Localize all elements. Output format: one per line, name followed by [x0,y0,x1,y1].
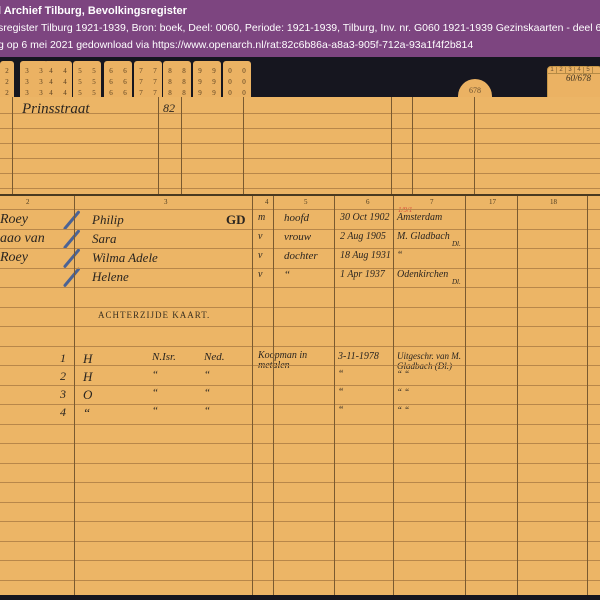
tab-digits: 555 [78,67,82,101]
birthplace-cell: “ [397,250,403,261]
relation-cell: “ [284,269,290,281]
blue-check-mark [63,210,81,230]
ruled-line [0,580,600,581]
right-index-tab: 12345 60/678 [547,66,600,101]
tab-digit: 8 [168,67,172,75]
tab-digits: 000 [242,67,246,101]
given-name-cell: Wilma Adele [92,250,158,266]
ruled-line [0,229,600,230]
column-rule [587,196,588,595]
tab-digit: 6 [109,67,113,75]
section-divider [0,194,600,196]
tab-digits: 999 [198,67,202,101]
relation-code: O [83,387,92,403]
colnum-4: 4 [265,198,269,206]
tab-digits: 666 [123,67,127,101]
ruled-line [0,424,600,425]
index-tab: 000000 [223,61,251,101]
scan-image: 2223333334444445555556666667777778888889… [0,57,600,600]
occupation-cell: Koopman in metalen [258,351,333,371]
back-side-label: ACHTERZIJDE KAART. [98,310,210,320]
row-number: 4 [60,405,66,420]
column-rule [393,196,394,595]
religion-cell: “ [152,369,158,381]
ruled-line [0,463,600,464]
date-cell: “ [338,405,344,416]
ruled-line [0,326,600,327]
registration-place-cell: “ “ [397,387,409,397]
colnum-6: 6 [366,198,370,206]
tab-digit: 9 [212,78,216,86]
annotation: 1/9/1 [398,206,412,214]
ruled-line [0,143,600,144]
relation-code: H [83,369,92,385]
tab-digit: 4 [63,89,67,97]
tab-digit: 0 [228,89,232,97]
tab-digit: 9 [212,67,216,75]
ruled-line [0,346,600,347]
archive-header: l Archief Tilburg, Bevolkingsregister sr… [0,0,600,57]
column-rule [243,97,244,194]
birth-date-cell: 18 Aug 1931 [340,250,391,261]
column-rule [273,196,274,595]
tab-digit: 7 [139,89,143,97]
tab-digit: 4 [49,78,53,86]
tab-digit: 3 [25,78,29,86]
tab-digit: 0 [242,67,246,75]
ruled-line [0,158,600,159]
column-rule [252,196,253,595]
column-rule [12,97,13,194]
birthplace-cell: Odenkirchen [397,269,448,280]
index-tab: 555555 [73,61,101,101]
tab-digits: 888 [182,67,186,101]
column-rule [158,97,159,194]
date-cell: “ [338,369,344,380]
colnum-7: 7 [430,198,434,206]
tab-digit: 7 [153,78,157,86]
mini-number: 1 [548,67,557,73]
column-rule [474,97,475,194]
sex-cell: v [258,269,262,280]
sex-cell: v [258,250,262,261]
row-number: 1 [60,351,66,366]
gd-stamp: GD [226,212,246,228]
ruled-line [0,287,600,288]
tab-digit: 0 [228,67,232,75]
given-name-cell: Philip [92,212,124,228]
tab-digit: 5 [92,67,96,75]
tab-digit: 0 [242,89,246,97]
surname-cell: aao van [0,231,45,247]
tab-digits: 888 [168,67,172,101]
tab-digit: 6 [123,89,127,97]
tab-digit: 3 [39,78,43,86]
tab-digit: 5 [78,89,82,97]
ruled-line [0,443,600,444]
ruled-line [0,209,600,210]
tab-digit: 2 [5,78,9,86]
column-rule [334,196,335,595]
tab-digit: 8 [168,89,172,97]
tab-digit: 8 [182,89,186,97]
date-cell: “ [338,387,344,398]
tab-digit: 4 [49,67,53,75]
ruled-line [0,188,600,189]
family-card: Prinsstraat 82 2 3 4 5 6 7 17 18 GD Roey… [0,97,600,595]
annotation: Dl. [452,278,461,286]
tab-digits: 444 [63,67,67,101]
religion-cell: N.Isr. [152,351,176,363]
relation-cell: hoofd [284,212,309,224]
tab-digit: 9 [198,89,202,97]
tab-digits: 333 [25,67,29,101]
ruled-line [0,482,600,483]
nationality-cell: “ [204,369,210,381]
tab-digit: 7 [139,78,143,86]
sex-cell: v [258,231,262,242]
date-cell: 3-11-1978 [338,351,379,362]
tab-digit: 2 [5,67,9,75]
tab-digits: 555 [92,67,96,101]
archive-title: l Archief Tilburg, Bevolkingsregister [0,3,600,20]
ruled-line [0,307,600,308]
tab-digits: 999 [212,67,216,101]
column-rule [517,196,518,595]
index-tab: 666666 [104,61,132,101]
tab-digit: 3 [25,89,29,97]
religion-cell: “ [152,387,158,399]
column-rule [412,97,413,194]
birth-date-cell: 1 Apr 1937 [340,269,385,280]
card-fraction: 60/678 [548,74,600,83]
tab-digit: 7 [153,89,157,97]
index-tab: 444444 [44,61,72,101]
annotation: Dl. [452,240,461,248]
tab-digits: 222 [5,67,9,101]
tab-digit: 5 [92,78,96,86]
blue-check-mark [63,267,81,287]
tab-digit: 6 [123,67,127,75]
given-name-cell: Helene [92,269,129,285]
registration-place-cell: “ “ [397,405,409,415]
nationality-cell: “ [204,405,210,417]
index-tab: 999999 [193,61,221,101]
birth-date-cell: 2 Aug 1905 [340,231,386,242]
given-name-cell: Sara [92,231,117,247]
tab-digit: 6 [109,78,113,86]
birthplace-cell: M. Gladbach [397,231,450,242]
tab-digits: 000 [228,67,232,101]
tab-digits: 666 [109,67,113,101]
tab-digit: 4 [49,89,53,97]
ruled-line [0,521,600,522]
colnum-17: 17 [489,198,496,206]
ruled-line [0,365,600,366]
surname-cell: Roey [0,250,28,266]
tab-digits: 444 [49,67,53,101]
ruled-line [0,560,600,561]
mini-number: 2 [557,67,566,73]
tab-digits: 777 [139,67,143,101]
tab-digit: 0 [242,78,246,86]
blue-check-mark [63,248,81,268]
colnum-3: 3 [164,198,168,206]
index-tab: 888888 [163,61,191,101]
ruled-line [0,404,600,405]
tab-digit: 7 [139,67,143,75]
colnum-2: 2 [26,198,30,206]
sex-cell: m [258,212,265,223]
ruled-line [0,173,600,174]
tab-digit: 4 [63,67,67,75]
surname-cell: Roey [0,212,28,228]
tab-digits: 777 [153,67,157,101]
index-tab: 222 [0,61,14,101]
row-number: 2 [60,369,66,384]
index-tab: 777777 [134,61,162,101]
tab-digit: 3 [25,67,29,75]
tab-digit: 7 [153,67,157,75]
relation-cell: vrouw [284,231,311,243]
column-rule [74,196,75,595]
tab-digit: 5 [78,78,82,86]
source-description: sregister Tilburg 1921-1939, Bron: boek,… [0,20,600,37]
tab-digit: 4 [63,78,67,86]
tab-digit: 9 [212,89,216,97]
ruled-line [0,268,600,269]
tab-digit: 3 [39,89,43,97]
colnum-5: 5 [304,198,308,206]
nationality-cell: Ned. [204,351,224,363]
birth-date-cell: 30 Oct 1902 [340,212,389,223]
colnum-18: 18 [550,198,557,206]
tab-digit: 8 [182,67,186,75]
tab-digit: 0 [228,78,232,86]
download-info: g op 6 mei 2021 gedownload via https://w… [0,37,600,54]
tab-digit: 6 [109,89,113,97]
tab-digits: 333 [39,67,43,101]
nationality-cell: “ [204,387,210,399]
ruled-line [0,502,600,503]
column-rule [465,196,466,595]
religion-cell: “ [152,405,158,417]
ruled-line [0,128,600,129]
ruled-line [0,248,600,249]
relation-cell: dochter [284,250,318,262]
tab-digit: 8 [182,78,186,86]
ruled-line [0,541,600,542]
relation-code: “ [83,405,90,421]
registration-place-cell: “ “ [397,369,409,379]
column-rule [391,97,392,194]
tab-digit: 9 [198,67,202,75]
tab-digit: 5 [78,67,82,75]
blue-check-mark [63,229,81,249]
street-name: Prinsstraat [22,101,90,118]
tab-digit: 2 [5,89,9,97]
ruled-line [0,113,600,114]
tab-digit: 5 [92,89,96,97]
row-number: 3 [60,387,66,402]
tab-digit: 3 [39,67,43,75]
column-rule [181,97,182,194]
tab-digit: 6 [123,78,127,86]
tab-digit: 8 [168,78,172,86]
ruled-line [0,385,600,386]
tab-digit: 9 [198,78,202,86]
